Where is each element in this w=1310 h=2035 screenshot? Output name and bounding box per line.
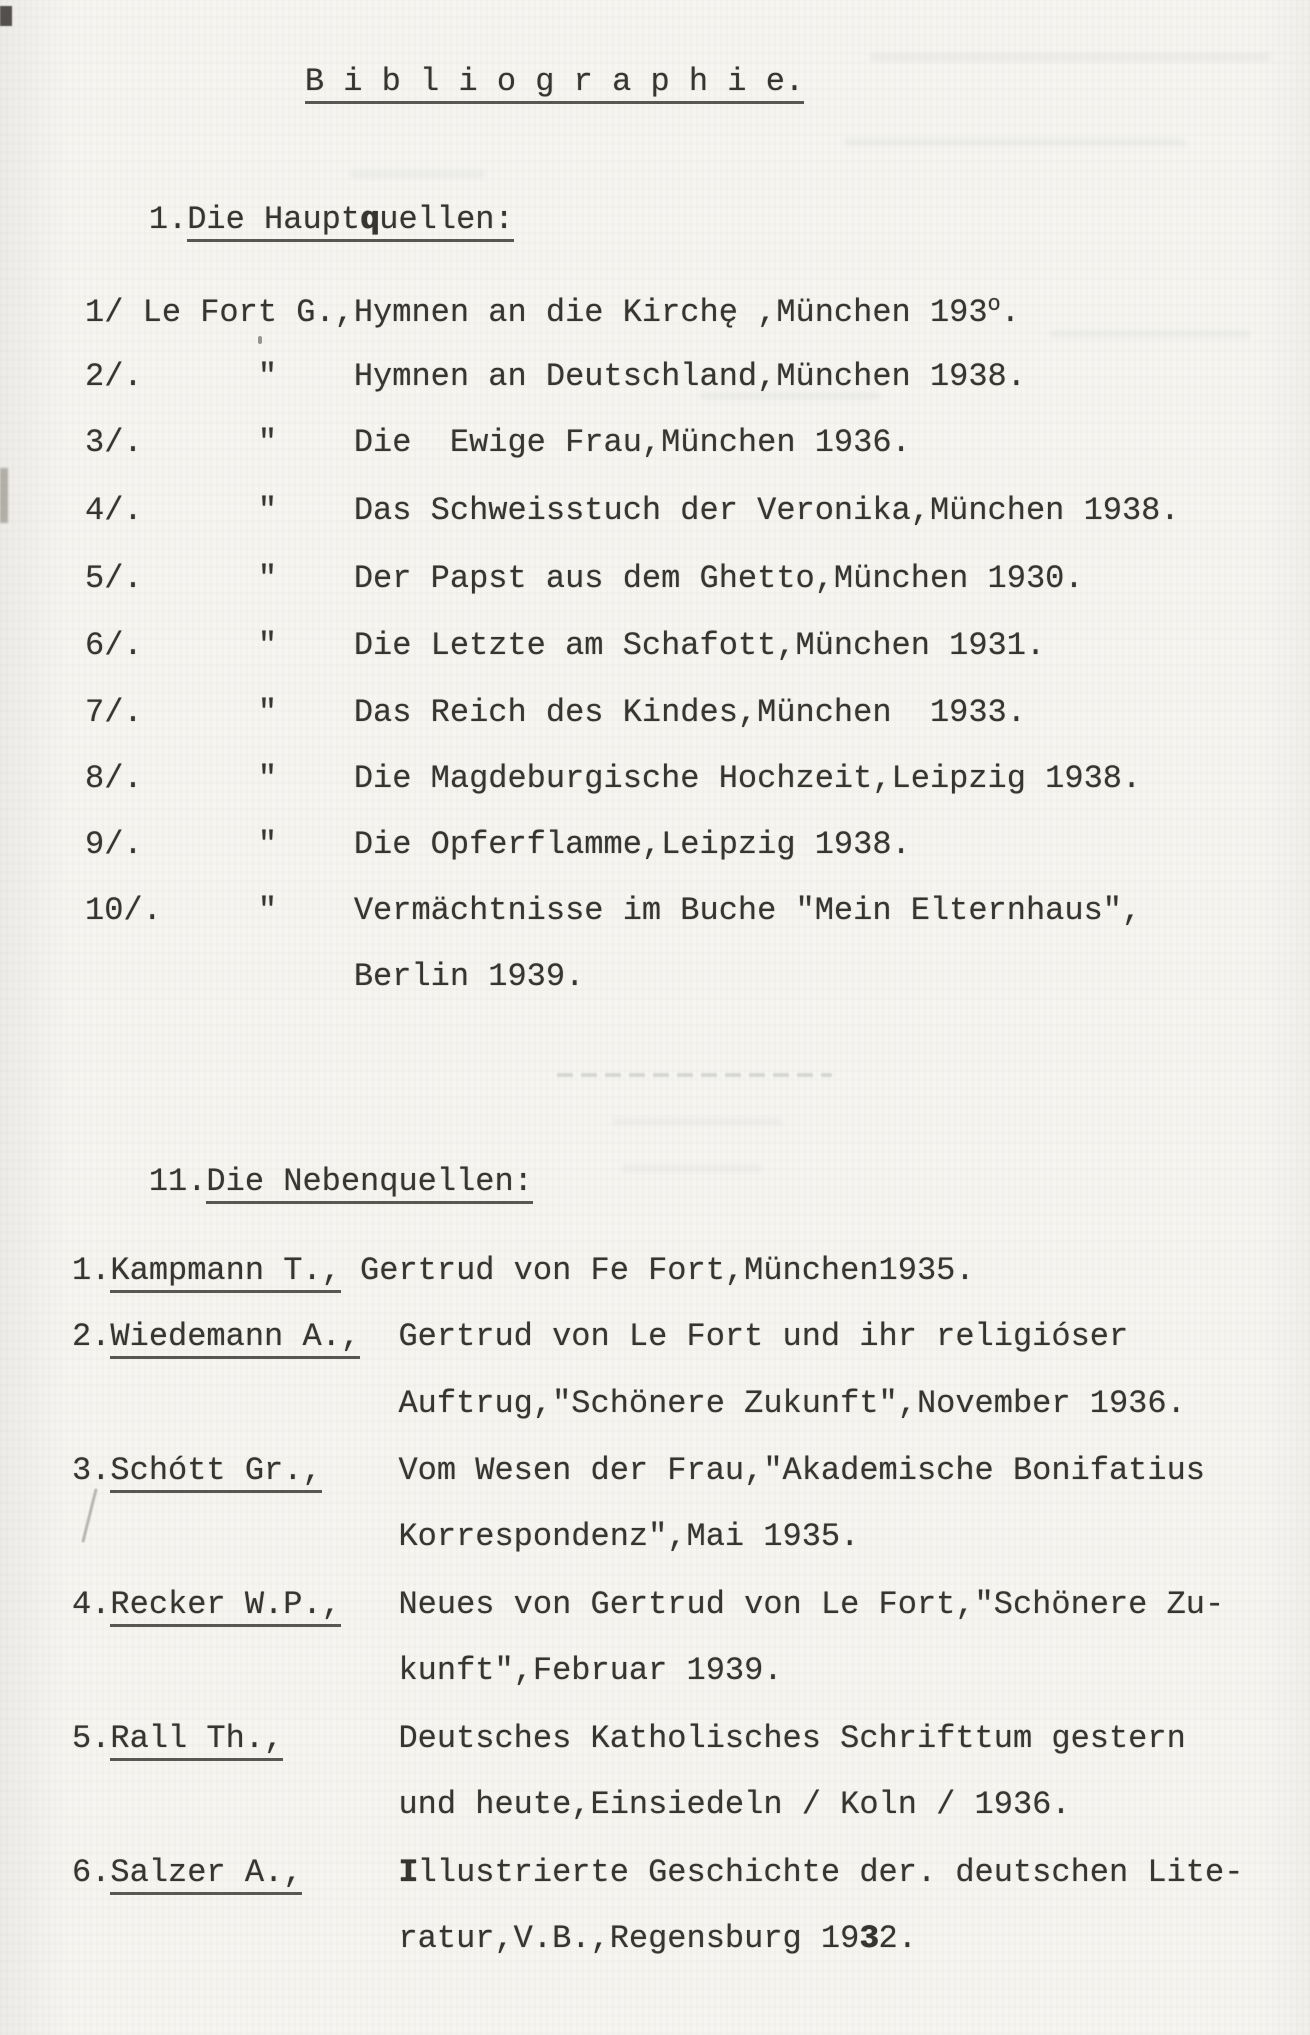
ref-author: Kampmann T., [110,1252,340,1293]
ref-number: 1. [72,1252,110,1289]
bib-entry-text: 2/. " Hymnen an Deutschland,München 1938… [85,358,1026,395]
ref-text: 2. [879,1920,917,1957]
overstruck-letter: 3 [859,1920,878,1957]
bib-entry: 9/. " Die Opferflamme,Leipzig 1938. [85,826,911,863]
section2-heading: 11.Die Nebenquellen: [72,1126,533,1237]
bib-entry: 6/. " Die Letzte am Schafott,München 193… [85,627,1045,664]
bib-entry: 4/. " Das Schweisstuch der Veronika,Münc… [85,492,1180,529]
bleedthrough-mark [1050,330,1250,338]
bib-entry: 3/. " Die Ewige Frau,München 1936. [85,424,911,461]
ink-smudge [258,336,262,344]
section1-number: 1. [149,201,187,238]
bib-entry-text: 5/. " Der Papst aus dem Ghetto,München 1… [85,560,1084,597]
ref-text: Korrespondenz",Mai 1935. [72,1518,859,1555]
ref-number: 2. [72,1318,110,1355]
superscript-digit: o [988,292,1001,317]
ref-entry-continuation: Auftrug,"Schönere Zukunft",November 1936… [72,1385,1186,1422]
bleedthrough-divider [557,1073,832,1077]
bib-entry-text: 1/ Le Fort G.,Hymnen an die Kirchę ,Münc… [85,294,988,331]
ref-author: Recker W.P., [110,1586,340,1627]
ref-text: Gertrud von Fe Fort,München1935. [341,1252,975,1289]
section2-heading-text: Die Nebenquellen: [206,1163,532,1200]
section1-heading: 1.Die Hauptquellen: [72,164,514,275]
ref-author: Salzer A., [110,1854,302,1895]
bib-entry-text: 10/. " Vermächtnisse im Buche "Mein Elte… [85,892,1141,929]
bib-entry-text: 7/. " Das Reich des Kindes,München 1933. [85,694,1026,731]
bib-entry-text: 4/. " Das Schweisstuch der Veronika,Münc… [85,492,1180,529]
section1-heading-underline: Die Hauptquellen: [187,201,513,242]
section2-number: 11. [149,1163,207,1200]
section2-heading-underline: Die Nebenquellen: [206,1163,532,1204]
bib-entry: 5/. " Der Papst aus dem Ghetto,München 1… [85,560,1084,597]
bib-entry-text: 9/. " Die Opferflamme,Leipzig 1938. [85,826,911,863]
bleedthrough-mark [870,52,1270,62]
ref-text: kunft",Februar 1939. [72,1652,783,1689]
bib-entry-text: 6/. " Die Letzte am Schafott,München 193… [85,627,1045,664]
ref-author: Wiedemann A., [110,1318,360,1359]
ref-entry-continuation: kunft",Februar 1939. [72,1652,783,1689]
bib-entry-text: 3/. " Die Ewige Frau,München 1936. [85,424,911,461]
bib-entry: 2/. " Hymnen an Deutschland,München 1938… [85,358,1026,395]
ref-entry-continuation: und heute,Einsiedeln / Koln / 1936. [72,1786,1071,1823]
title-text: B i b l i o g r a p h i e. [305,63,804,100]
ref-author: Schótt Gr., [110,1452,321,1493]
bib-entry: 1/ Le Fort G.,Hymnen an die Kirchę ,Münc… [85,292,1020,331]
ref-number: 6. [72,1854,110,1891]
ref-entry-continuation: Korrespondenz",Mai 1935. [72,1518,859,1555]
ink-smudge [0,468,8,523]
title-underline-wrap: B i b l i o g r a p h i e. [305,63,804,104]
bleedthrough-mark [622,1165,762,1172]
bleedthrough-mark [612,1118,782,1125]
ref-author: Rall Th., [110,1720,283,1761]
document-title: B i b l i o g r a p h i e. [228,26,804,137]
bib-entry-continuation: Berlin 1939. [85,958,584,995]
ref-text: Gertrud von Le Fort und ihr religióser [360,1318,1128,1355]
section1-heading-text: uellen: [379,201,513,238]
bleedthrough-mark [845,138,1185,146]
ref-entry: 5.Rall Th., Deutsches Katholisches Schri… [72,1720,1186,1757]
ref-text: Neues von Gertrud von Le Fort,"Schönere … [341,1586,1224,1623]
bib-entry-text: . [1001,294,1020,331]
overstruck-letter: q [360,201,379,238]
ref-entry: 2.Wiedemann A., Gertrud von Le Fort und … [72,1318,1128,1355]
ref-entry: 6.Salzer A., Illustrierte Geschichte der… [72,1854,1243,1891]
ref-text: und heute,Einsiedeln / Koln / 1936. [72,1786,1071,1823]
bib-entry: 8/. " Die Magdeburgische Hochzeit,Leipzi… [85,760,1141,797]
ref-text: Vom Wesen der Frau,"Akademische Bonifati… [322,1452,1205,1489]
ref-entry-continuation: ratur,V.B.,Regensburg 1932. [72,1920,917,1957]
ref-text: Auftrug,"Schönere Zukunft",November 1936… [72,1385,1186,1422]
bib-entry-text: Berlin 1939. [85,958,584,995]
bib-entry-text: 8/. " Die Magdeburgische Hochzeit,Leipzi… [85,760,1141,797]
ref-text: llustrierte Geschichte der. deutschen Li… [418,1854,1244,1891]
ink-smudge [0,6,12,26]
ref-entry: 3.Schótt Gr., Vom Wesen der Frau,"Akadem… [72,1452,1205,1489]
overstruck-letter: I [398,1854,417,1891]
ref-number: 5. [72,1720,110,1757]
ref-number: 3. [72,1452,110,1489]
ref-entry: 1.Kampmann T., Gertrud von Fe Fort,Münch… [72,1252,975,1289]
ref-entry: 4.Recker W.P., Neues von Gertrud von Le … [72,1586,1224,1623]
bib-entry: 7/. " Das Reich des Kindes,München 1933. [85,694,1026,731]
ref-number: 4. [72,1586,110,1623]
ref-text [302,1854,398,1891]
ref-text: Deutsches Katholisches Schrifttum gester… [283,1720,1186,1757]
bib-entry: 10/. " Vermächtnisse im Buche "Mein Elte… [85,892,1141,929]
typewritten-page: B i b l i o g r a p h i e. 1.Die Hauptqu… [0,0,1310,2035]
ref-text: ratur,V.B.,Regensburg 19 [72,1920,859,1957]
section1-heading-text: Die Haupt [187,201,360,238]
